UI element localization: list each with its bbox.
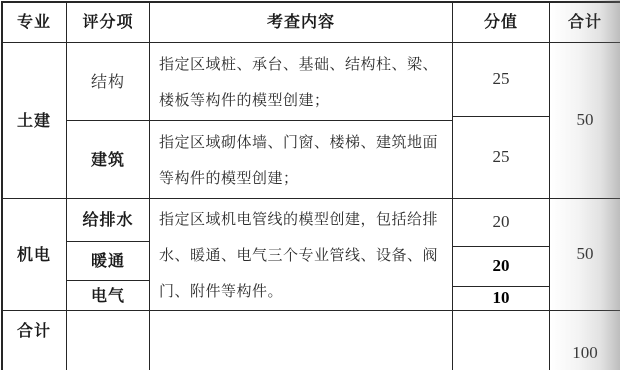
content-mep: 指定区域机电管线的模型创建，包括给排水、暖通、电气三个专业管线、设备、阀门、附件… — [150, 199, 453, 311]
header-exam-content: 考查内容 — [150, 2, 453, 43]
grand-total: 100 — [550, 311, 620, 370]
header-scoring-item: 评分项 — [67, 2, 150, 43]
content-architecture: 指定区域砌体墙、门窗、楼梯、建筑地面等构件的模型创建； — [150, 121, 453, 199]
footer-score-empty-cell — [453, 311, 550, 370]
header-score: 分值 — [453, 2, 550, 43]
content-structure: 指定区域桩、承台、基础、结构柱、梁、楼板等构件的模型创建； — [150, 43, 453, 121]
score-plumbing: 20 — [453, 199, 550, 247]
header-total: 合计 — [550, 2, 620, 43]
footer-content-empty-cell — [150, 311, 453, 370]
total-civil: 50 — [550, 43, 620, 199]
score-electrical: 10 — [453, 287, 550, 311]
major-civil: 土建 — [2, 43, 67, 199]
footer-item-empty-cell — [67, 311, 150, 370]
score-architecture: 25 — [453, 117, 550, 199]
total-mep: 50 — [550, 199, 620, 311]
major-mep: 机电 — [2, 199, 67, 311]
item-structure: 结构 — [67, 43, 150, 121]
header-major: 专业 — [2, 2, 67, 43]
item-plumbing: 给排水 — [67, 199, 150, 242]
item-hvac: 暖通 — [67, 242, 150, 281]
footer-total-label: 合计 — [2, 311, 67, 370]
item-architecture: 建筑 — [67, 121, 150, 199]
score-hvac: 20 — [453, 247, 550, 287]
item-electrical: 电气 — [67, 281, 150, 311]
score-structure: 25 — [453, 43, 550, 117]
score-table: 专业 评分项 考查内容 分值 合计 土建 机电 合计 结构 建筑 给排水 暖通 … — [0, 0, 620, 370]
